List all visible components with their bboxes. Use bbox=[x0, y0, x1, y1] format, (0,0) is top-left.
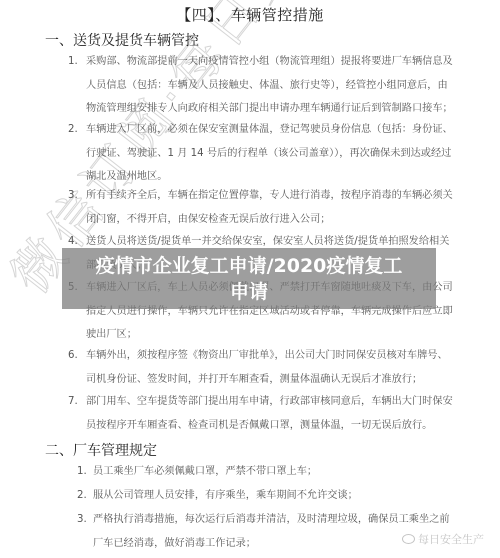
list-item: 1. 员工乘坐厂车必须佩戴口罩，严禁不带口罩上车； bbox=[77, 460, 477, 484]
item-line: 采购部、物流部提前一天向疫情管控小组（物流管理组）提报将要进厂车辆信息及 bbox=[86, 50, 468, 74]
item-line: 服从公司管理人员安排，有序乘坐，乘车期间不允许交谈； bbox=[93, 484, 477, 508]
banner-line-1: 疫情市企业复工申请/2020疫情复工 bbox=[62, 253, 436, 279]
item-number: 3. bbox=[77, 508, 91, 532]
item-line: 员按程序开车厢查看、检查司机是否佩戴口罩，测量体温，一切无误后放行。 bbox=[86, 414, 468, 438]
item-line: 行驶证、驾驶证、1 月 14 号后的行程单（该公司盖章）），再次确保未到达或经过 bbox=[86, 142, 468, 166]
item-number: 1. bbox=[68, 50, 82, 74]
item-line: 严格执行消毒措施，每次运行后消毒并清洁，及时清理垃圾，确保员工乘坐之前 bbox=[93, 508, 477, 532]
item-line: 员工乘坐厂车必须佩戴口罩，严禁不带口罩上车； bbox=[93, 460, 477, 484]
list-item: 6. 车辆外出，须按程序签《物资出厂审批单》，出公司大门时同保安员核对车牌号、 … bbox=[68, 344, 468, 391]
item-line: 驶出厂区； bbox=[86, 323, 468, 347]
corner-watermark: 每日安全生产 bbox=[402, 531, 484, 547]
item-number: 2. bbox=[68, 118, 82, 142]
list-item: 7. 部门用车、空车提货等部门提出用车申请，行政部审核同意后，车辆出大门时保安 … bbox=[68, 390, 468, 437]
list-item: 2. 服从公司管理人员安排，有序乘坐，乘车期间不允许交谈； bbox=[77, 484, 477, 508]
item-line: 车辆外出，须按程序签《物资出厂审批单》，出公司大门时同保安员核对车牌号、 bbox=[86, 344, 468, 368]
item-number: 7. bbox=[68, 390, 82, 414]
banner-line-2: 申请 bbox=[62, 279, 436, 305]
document-page: 微信订阅·每日安全生产 【四】、车辆管控措施 一、送货及提货车辆管控 1. 采购… bbox=[0, 0, 500, 558]
list-item: 1. 采购部、物流部提前一天向疫情管控小组（物流管理组）提报将要进厂车辆信息及 … bbox=[68, 50, 468, 121]
list-item: 2. 车辆进入厂区前，必须在保安室测量体温，登记驾驶员身份信息（包括：身份证、 … bbox=[68, 118, 468, 189]
item-line: 闭门窗，不得开启，由保安检查无误后放行进入公司； bbox=[86, 208, 468, 232]
item-number: 6. bbox=[68, 344, 82, 368]
title-overlay-banner: 疫情市企业复工申请/2020疫情复工 申请 bbox=[62, 248, 436, 309]
item-line: 司机身份证、签发时间，并打开车厢查看，测量体温确认无误后才准放行； bbox=[86, 368, 468, 392]
item-line: 人员信息（包括：车辆及人员接触史、体温、旅行史等），经管控小组同意后，由 bbox=[86, 74, 468, 98]
section-heading-1: 一、送货及提货车辆管控 bbox=[45, 30, 199, 50]
wechat-icon bbox=[402, 534, 415, 544]
list-item: 3. 所有手续齐全后，车辆在指定位置停靠，专人进行消毒，按程序消毒的车辆必须关 … bbox=[68, 184, 468, 231]
doc-title: 【四】、车辆管控措施 bbox=[0, 4, 500, 25]
item-number: 3. bbox=[68, 184, 82, 208]
item-line: 物流管理组安排专人向政府相关部门提出申请办理车辆通行证后到管制路口接车； bbox=[86, 97, 468, 121]
section-heading-2: 二、厂车管理规定 bbox=[45, 440, 157, 460]
item-line: 部门用车、空车提货等部门提出用车申请，行政部审核同意后，车辆出大门时保安 bbox=[86, 390, 468, 414]
item-number: 2. bbox=[77, 484, 91, 508]
item-line: 车辆进入厂区前，必须在保安室测量体温，登记驾驶员身份信息（包括：身份证、 bbox=[86, 118, 468, 142]
item-number: 1. bbox=[77, 460, 91, 484]
corner-watermark-text: 每日安全生产 bbox=[418, 531, 484, 547]
item-line: 所有手续齐全后，车辆在指定位置停靠，专人进行消毒，按程序消毒的车辆必须关 bbox=[86, 184, 468, 208]
